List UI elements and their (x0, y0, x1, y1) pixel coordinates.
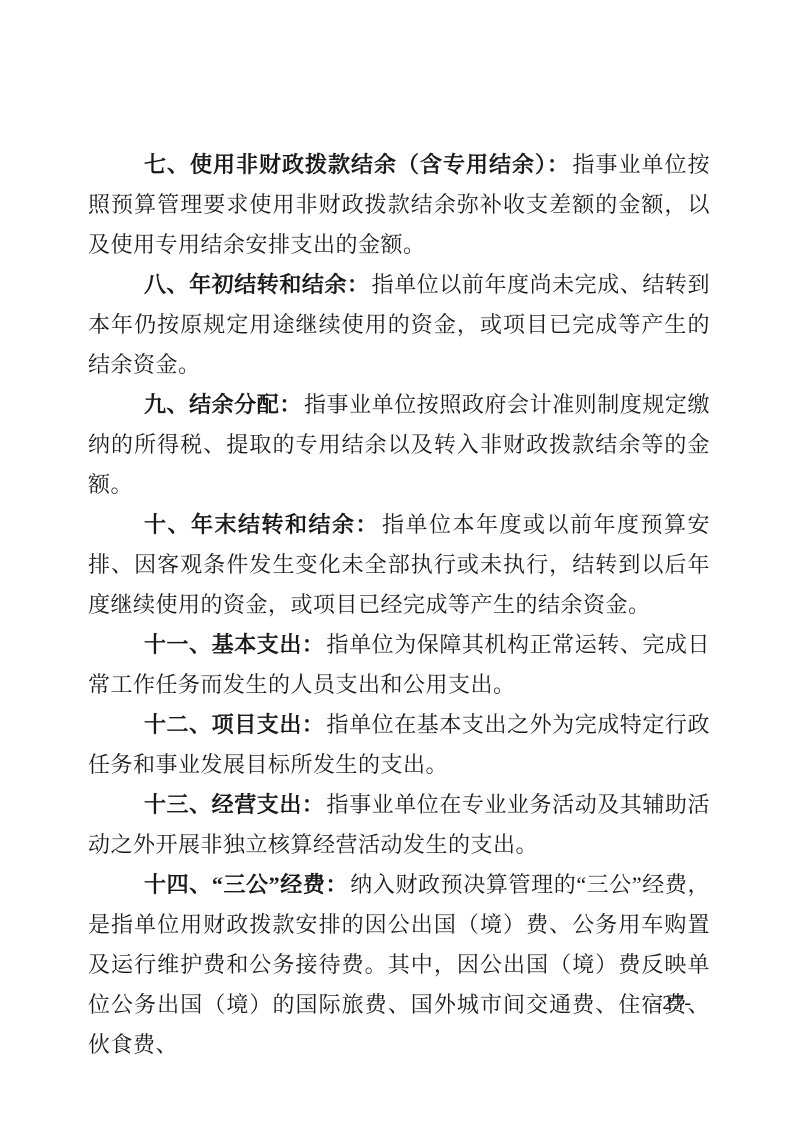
paragraph-term-13: 十三、经营支出：指事业单位在专业业务活动及其辅助活动之外开展非独立核算经营活动发… (88, 785, 710, 865)
term-label: 十三、经营支出： (144, 792, 326, 817)
paragraph-term-10: 十、年末结转和结余：指单位本年度或以前年度预算安排、因客观条件发生变化未全部执行… (88, 505, 710, 625)
document-page: 七、使用非财政拨款结余（含专用结余）：指事业单位按照预算管理要求使用非财政拨款结… (0, 0, 793, 1122)
paragraph-term-9: 九、结余分配：指事业单位按照政府会计准则制度规定缴纳的所得税、提取的专用结余以及… (88, 385, 710, 505)
paragraph-term-12: 十二、项目支出：指单位在基本支出之外为完成特定行政任务和事业发展目标所发生的支出… (88, 705, 710, 785)
term-label: 十四、“三公”经费： (144, 872, 350, 897)
term-label: 十一、基本支出： (144, 632, 326, 657)
document-body: 七、使用非财政拨款结余（含专用结余）：指事业单位按照预算管理要求使用非财政拨款结… (88, 145, 710, 1065)
term-label: 十、年末结转和结余： (144, 512, 381, 537)
term-definition: 纳入财政预决算管理的“三公”经费，是指单位用财政拨款安排的因公出国（境）费、公务… (88, 872, 710, 1057)
page-number: -27- (655, 992, 692, 1014)
paragraph-term-8: 八、年初结转和结余：指单位以前年度尚未完成、结转到本年仍按原规定用途继续使用的资… (88, 265, 710, 385)
term-label: 九、结余分配： (144, 392, 304, 417)
term-label: 十二、项目支出： (144, 712, 326, 737)
paragraph-term-14: 十四、“三公”经费：纳入财政预决算管理的“三公”经费，是指单位用财政拨款安排的因… (88, 865, 710, 1065)
term-label: 八、年初结转和结余： (144, 272, 372, 297)
paragraph-term-11: 十一、基本支出：指单位为保障其机构正常运转、完成日常工作任务而发生的人员支出和公… (88, 625, 710, 705)
paragraph-term-7: 七、使用非财政拨款结余（含专用结余）：指事业单位按照预算管理要求使用非财政拨款结… (88, 145, 710, 265)
term-label: 七、使用非财政拨款结余（含专用结余）： (144, 152, 572, 177)
